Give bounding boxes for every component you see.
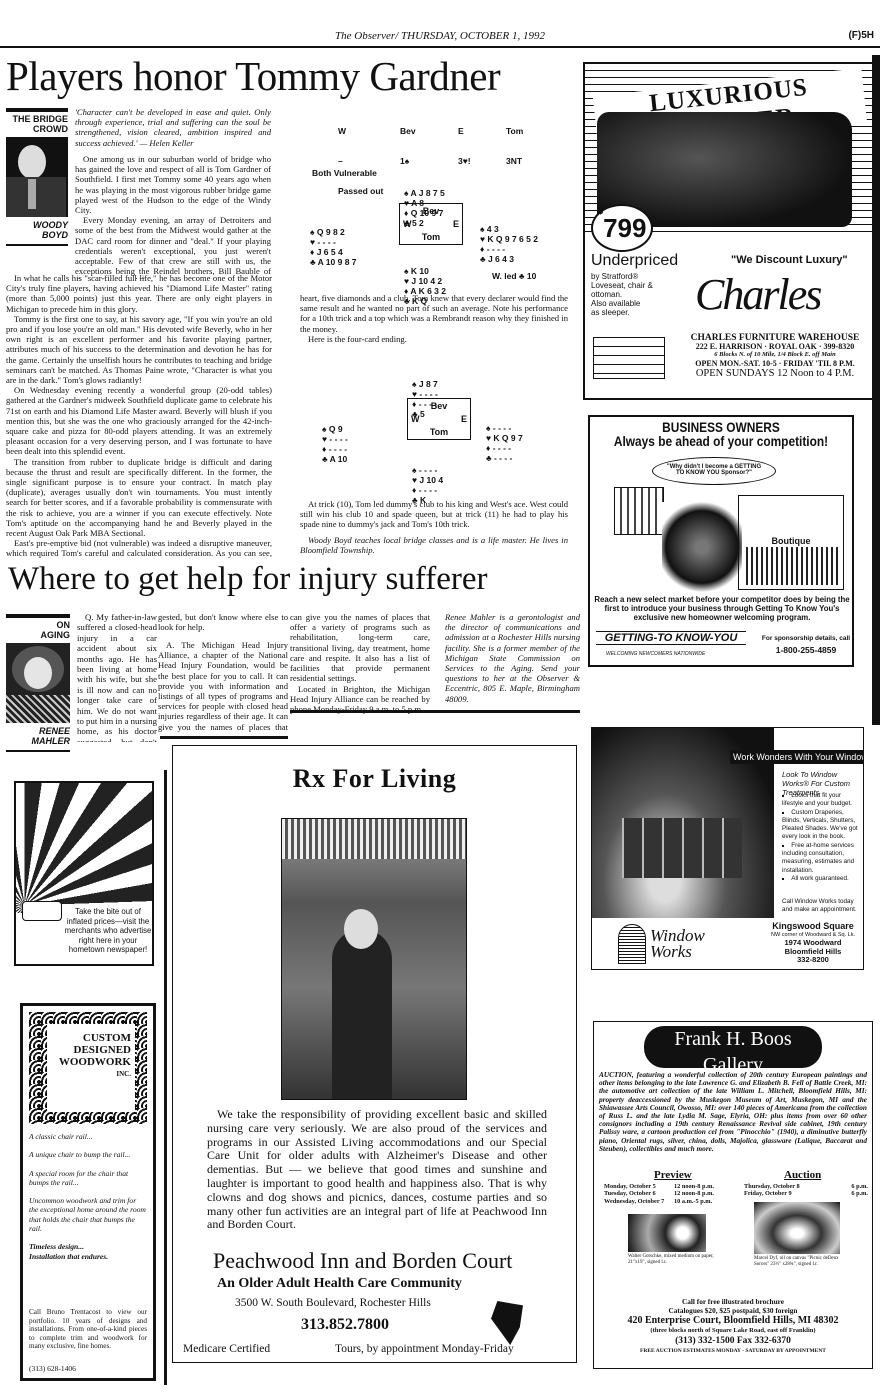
rx-phone[interactable]: 313.852.7800: [301, 1316, 389, 1334]
vulnerability: Both Vulnerable: [312, 168, 377, 178]
rx-photo: [281, 818, 467, 1100]
gotschke-artwork: [628, 1214, 706, 1252]
ending-table-diagram: Bev W E Tom: [407, 398, 471, 440]
aging-author-bio: Renee Mahler is a gerontologist and the …: [445, 612, 580, 704]
getting-to-know-you-logo: GETTING-TO KNOW-YOU: [596, 631, 746, 645]
ad-custom-woodwork[interactable]: CUSTOMDESIGNEDWOODWORKINC. A classic cha…: [20, 1003, 156, 1381]
bridge-ending-paragraph: At trick (10), Tom led dummy's club to h…: [300, 499, 568, 530]
peachwood-name: Peachwood Inn and Borden Court: [213, 1248, 512, 1274]
window-works-logo-icon: [618, 924, 646, 964]
dyf-artwork: [754, 1202, 840, 1254]
bridge-body-main: In what he calls his "scar-filled full l…: [6, 273, 272, 559]
store-map: [593, 337, 665, 379]
deal-west-hand: ♠ Q 9 8 2♥ - - - -♦ J 6 5 4♣ A 10 9 8 7: [310, 207, 357, 277]
bridge-continuation: heart, five diamonds and a club. Tom kne…: [300, 293, 568, 344]
ad-window-works[interactable]: Work Wonders With Your Windows Look To W…: [591, 727, 864, 970]
ad-frank-boos-gallery[interactable]: Frank H. Boos Gallery AUCTIONEERS & APPR…: [593, 1021, 873, 1369]
byline: WOODY BOYD: [6, 220, 68, 246]
leaf-logo-icon: [491, 1301, 523, 1345]
woodwork-phone[interactable]: (313) 628-1406: [29, 1364, 76, 1373]
bridge-headline: Players honor Tommy Gardner: [6, 52, 500, 100]
deal-table-diagram: Bev W E Tom: [399, 203, 463, 245]
charles-signature: Charles: [695, 269, 820, 320]
author-photo-woody-boyd: [6, 137, 68, 217]
window-location: Kingswood Square NW corner of Woodward &…: [762, 922, 864, 965]
rx-title: Rx For Living: [173, 764, 576, 794]
ad-luxurious-leather[interactable]: LUXURIOUS LEATHER $799 Underpriced by St…: [583, 62, 875, 400]
balloon-illustration: [14, 781, 154, 913]
bridge-body-top: One among us in our suburban world of br…: [75, 154, 271, 279]
leather-details: by Stratford®Loveseat, chair &ottoman.Al…: [591, 272, 653, 317]
author-photo-renee-mahler: [6, 643, 70, 723]
woodwork-border-pattern: CUSTOMDESIGNEDWOODWORKINC.: [29, 1012, 147, 1124]
rx-body: We take the responsibility of providing …: [207, 1108, 547, 1232]
page-number: (F)5H: [848, 30, 874, 41]
boos-logo: Frank H. Boos Gallery AUCTIONEERS & APPR…: [644, 1026, 822, 1068]
crowd-illustration: [662, 502, 742, 592]
price-badge: $799: [591, 204, 653, 252]
bridge-column-label: THE BRIDGE CROWD WOODY BOYD: [6, 108, 68, 246]
window-banner: Work Wonders With Your Windows: [730, 750, 864, 764]
auction-schedule: Thursday, October 86 p.m. Friday, Octobe…: [744, 1183, 868, 1198]
ending-west-hand: ♠ Q 9♥ - - - -♦ - - - -♣ A 10: [322, 404, 348, 474]
shop-illustration-left: [614, 487, 664, 535]
boos-contact: Call for free illustrated brochure Catal…: [594, 1298, 872, 1355]
ad-business-owners[interactable]: BUSINESS OWNERS Always be ahead of your …: [588, 415, 854, 667]
opening-lead: W. led ♣ 10: [492, 271, 536, 281]
woodwork-logo: CUSTOMDESIGNEDWOODWORKINC.: [47, 1024, 135, 1112]
speech-bubble: "Why didn't I become a GETTING TO KNOW Y…: [652, 457, 776, 485]
masthead: The Observer/ THURSDAY, OCTOBER 1, 1992 …: [0, 20, 880, 48]
boutique-illustration: Boutique: [738, 495, 844, 590]
ad-hot-air-balloon[interactable]: Take the bite out of inflated prices—vis…: [14, 781, 154, 966]
masthead-title: The Observer/ THURSDAY, OCTOBER 1, 1992: [0, 30, 880, 42]
aging-answer-col2: can give you the names of places that of…: [290, 612, 430, 715]
window-bullets: Looks that fit your lifestyle and your b…: [782, 792, 862, 883]
ending-east-hand: ♠ - - - -♥ K Q 9 7♦ - - - -♣ - - - -: [486, 403, 523, 473]
preview-schedule: Monday, October 512 noon-8 p.m. Tuesday,…: [604, 1183, 714, 1205]
ad-rx-for-living[interactable]: Rx For Living We take the responsibility…: [172, 745, 577, 1363]
aging-byline: RENEE MAHLER: [6, 726, 70, 752]
aging-answer-col1: gested, but don't know where else to loo…: [158, 612, 288, 732]
aging-column-label: ON AGING RENEE MAHLER: [6, 614, 70, 752]
deal-east-hand: ♠ 4 3♥ K Q 9 7 6 5 2♦ - - - -♣ J 6 4 3: [480, 204, 538, 274]
aging-question: Q. My father-in-law suffered a closed-he…: [77, 612, 157, 742]
aging-headline: Where to get help for injury sufferer: [8, 561, 488, 598]
bridge-quote: 'Character can't be developed in ease an…: [75, 107, 271, 148]
sponsor-phone[interactable]: 1-800-255-4859: [760, 645, 852, 655]
bridge-author-bio: Woody Boyd teaches local bridge classes …: [300, 535, 568, 555]
leather-store-info: CHARLES FURNITURE WAREHOUSE 222 E. HARRI…: [677, 334, 873, 379]
